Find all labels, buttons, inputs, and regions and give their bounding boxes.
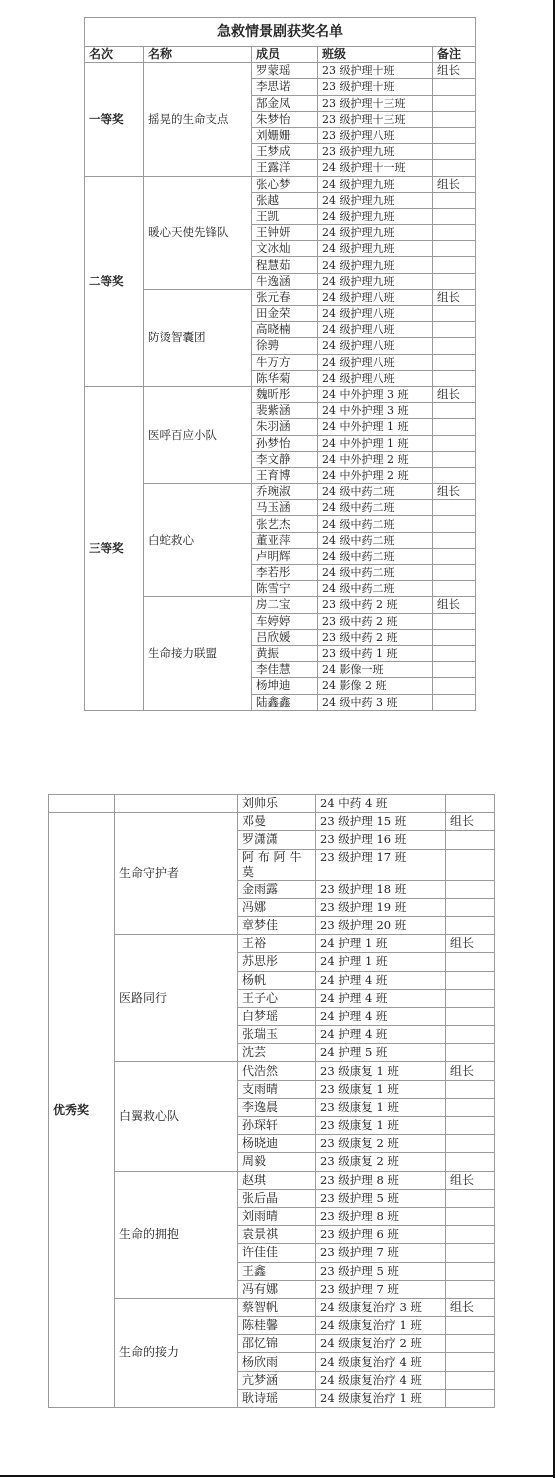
member-class: 24 中外护理 1 班 [318,435,433,451]
team-name: 生命接力联盟 [144,597,252,710]
member-class: 24 级中药二班 [318,516,433,532]
team-name: 生命守护者 [115,813,238,935]
member-name: 冯有娜 [238,1280,316,1298]
member-class: 24 级中药二班 [318,565,433,581]
prize-rank: 优秀奖 [49,813,115,1408]
team-name: 医路同行 [115,935,238,1062]
member-note [433,208,476,224]
member-note [446,1226,495,1244]
member-class: 23 级护理九班 [318,144,433,160]
member-name: 郜金凤 [252,95,318,111]
member-class: 24 级护理八班 [318,354,433,370]
member-class: 23 级护理 18 班 [316,880,446,898]
member-class: 24 护理 4 班 [316,1026,446,1044]
member-class: 24 级康复治疗 1 班 [316,1389,446,1407]
member-note [446,1371,495,1389]
member-class: 24 护理 4 班 [316,971,446,989]
member-name: 孙琛轩 [238,1117,316,1135]
member-note [433,645,476,661]
member-class: 24 护理 5 班 [316,1044,446,1062]
member-class: 24 级护理八班 [318,306,433,322]
member-name: 邓曼 [238,813,316,831]
member-name: 代浩然 [238,1062,316,1080]
member-class: 23 级护理 5 班 [316,1189,446,1207]
member-name: 阿 布 阿 牛 莫 [238,849,316,880]
member-note [446,916,495,934]
member-name: 沈芸 [238,1044,316,1062]
member-name: 张后晶 [238,1189,316,1207]
member-class: 23 级护理十班 [318,63,433,79]
member-class: 23 级护理 15 班 [316,813,446,831]
member-class: 24 级护理九班 [318,225,433,241]
member-note [446,1207,495,1225]
member-class: 24 级中药二班 [318,484,433,500]
team-name: 生命的拥抱 [115,1171,238,1298]
member-class: 24 级中药二班 [318,548,433,564]
member-note [446,898,495,916]
member-name: 张越 [252,192,318,208]
member-class: 24 级中药二班 [318,532,433,548]
header-member: 成员 [252,47,318,63]
member-name: 周毅 [238,1153,316,1171]
member-class: 24 中外护理 2 班 [318,451,433,467]
header-class: 班级 [318,47,433,63]
member-note [446,1353,495,1371]
member-class: 23 级护理十班 [318,79,433,95]
member-note [433,403,476,419]
table-row: 白蛇救心乔琬淑24 级中药二班组长 [85,484,476,500]
member-class: 24 级护理九班 [318,241,433,257]
member-note [433,435,476,451]
member-class: 24 级中药二班 [318,581,433,597]
award-table-main: 急救情景剧获奖名单 名次 名称 成员 班级 备注 一等奖摇晃的生命支点罗蒙瑶23… [84,17,476,711]
member-note [433,694,476,710]
member-name: 白梦瑶 [238,1007,316,1025]
member-class: 24 影像 2 班 [318,678,433,694]
member-name: 文冰灿 [252,241,318,257]
member-name: 刘姗姗 [252,127,318,143]
member-name: 李文静 [252,451,318,467]
member-class: 23 级护理 8 班 [316,1207,446,1225]
member-note [433,500,476,516]
member-note [433,257,476,273]
member-name: 李佳慧 [252,662,318,678]
member-class: 24 级护理八班 [318,289,433,305]
member-name: 陆鑫鑫 [252,694,318,710]
member-name: 杨欣雨 [238,1353,316,1371]
table-row: 二等奖暖心天使先锋队张心梦24 级护理九班组长 [85,176,476,192]
member-name: 袁景祺 [238,1226,316,1244]
table-row: 生命的接力蔡智帆24 级康复治疗 3 班组长 [49,1298,495,1316]
member-note [446,1080,495,1098]
member-name: 黄振 [252,645,318,661]
member-name: 朱羽涵 [252,419,318,435]
rank-cell-empty [49,795,115,813]
table-row: 防烫智囊团张元春24 级护理八班组长 [85,289,476,305]
member-name: 魏昕彤 [252,386,318,402]
table-row: 优秀奖生命守护者邓曼23 级护理 15 班组长 [49,813,495,831]
member-note [433,662,476,678]
team-name: 生命的接力 [115,1298,238,1407]
member-note [446,1153,495,1171]
member-note [433,548,476,564]
member-class: 24 中外护理 3 班 [318,386,433,402]
member-name: 张瑞玉 [238,1026,316,1044]
table-row: 一等奖摇晃的生命支点罗蒙瑶23 级护理十班组长 [85,63,476,79]
member-note [446,1280,495,1298]
member-name: 车婷婷 [252,613,318,629]
member-note [446,1262,495,1280]
member-name: 马玉涵 [252,500,318,516]
member-name: 田金荣 [252,306,318,322]
member-name: 苏思彤 [238,953,316,971]
member-class: 24 中外护理 3 班 [318,403,433,419]
member-name: 耿诗瑶 [238,1389,316,1407]
member-class: 23 级护理 7 班 [316,1280,446,1298]
member-name: 张心梦 [252,176,318,192]
member-note: 组长 [433,63,476,79]
member-class: 23 级中药 2 班 [318,613,433,629]
member-class: 24 中外护理 1 班 [318,419,433,435]
member-note [433,532,476,548]
member-note [446,1335,495,1353]
team-name: 白蛇救心 [144,484,252,597]
member-name: 张艺杰 [252,516,318,532]
member-name: 蔡智帆 [238,1298,316,1316]
member-name: 高晓楠 [252,322,318,338]
member-note: 组长 [446,1298,495,1316]
table-row: 生命接力联盟房二宝23 级中药 2 班组长 [85,597,476,613]
member-name: 程慧茹 [252,257,318,273]
member-class: 23 级康复 1 班 [316,1098,446,1116]
member-class: 24 级护理九班 [318,192,433,208]
member-class: 24 级护理八班 [318,338,433,354]
member-name: 陈桂馨 [238,1317,316,1335]
member-class: 24 级护理九班 [318,176,433,192]
member-class: 23 级护理 7 班 [316,1244,446,1262]
member-name: 王凯 [252,208,318,224]
member-class: 24 级护理九班 [318,257,433,273]
member-name: 陈华菊 [252,370,318,386]
member-note [446,1098,495,1116]
member-name: 卢明辉 [252,548,318,564]
member-class: 23 级护理 6 班 [316,1226,446,1244]
page-edge-bottom [0,1475,555,1477]
member-note [433,144,476,160]
member-class: 24 中药 4 班 [316,795,446,813]
member-note [446,989,495,1007]
member-name: 王钟妍 [252,225,318,241]
member-name: 金雨露 [238,880,316,898]
member-class: 24 级护理八班 [318,322,433,338]
member-class: 24 级护理十一班 [318,160,433,176]
member-note: 组长 [433,484,476,500]
member-class: 23 级康复 2 班 [316,1153,446,1171]
member-name: 杨坤迪 [252,678,318,694]
member-class: 23 级护理 16 班 [316,831,446,849]
member-note [446,1007,495,1025]
team-name: 白翼救心队 [115,1062,238,1171]
member-name: 陈雪宁 [252,581,318,597]
member-name: 王梦成 [252,144,318,160]
member-name: 刘雨晴 [238,1207,316,1225]
member-note [433,306,476,322]
member-name: 王育博 [252,467,318,483]
member-class: 24 护理 1 班 [316,953,446,971]
member-class: 23 级护理 20 班 [316,916,446,934]
member-note [433,613,476,629]
team-name: 防烫智囊团 [144,289,252,386]
member-class: 24 级中药二班 [318,500,433,516]
table-row: 生命的拥抱赵琪23 级护理 8 班组长 [49,1171,495,1189]
member-class: 24 中外护理 2 班 [318,467,433,483]
member-name: 李逸晨 [238,1098,316,1116]
member-note [446,795,495,813]
team-name: 暖心天使先锋队 [144,176,252,289]
member-note: 组长 [433,386,476,402]
member-name: 牛万方 [252,354,318,370]
member-note [446,1189,495,1207]
member-name: 刘帅乐 [238,795,316,813]
member-name: 李思诺 [252,79,318,95]
member-note [433,338,476,354]
member-note [433,678,476,694]
member-note [446,1244,495,1262]
member-class: 24 级康复治疗 2 班 [316,1335,446,1353]
member-note [433,322,476,338]
member-note [433,160,476,176]
member-name: 邵忆锦 [238,1335,316,1353]
member-name: 支雨晴 [238,1080,316,1098]
member-class: 23 级康复 2 班 [316,1135,446,1153]
member-class: 23 级康复 1 班 [316,1080,446,1098]
member-class: 24 护理 1 班 [316,935,446,953]
member-note [446,971,495,989]
member-class: 24 护理 4 班 [316,989,446,1007]
member-note: 组长 [446,1062,495,1080]
header-rank: 名次 [85,47,144,63]
member-name: 杨帆 [238,971,316,989]
member-class: 23 级护理 8 班 [316,1171,446,1189]
member-note [446,1317,495,1335]
member-note [433,192,476,208]
member-note [446,1389,495,1407]
award-table-continued: 刘帅乐 24 中药 4 班 优秀奖生命守护者邓曼23 级护理 15 班组长罗潇潇… [48,794,495,1408]
member-name: 牛逸涵 [252,273,318,289]
member-note: 组长 [433,289,476,305]
member-name: 王露洋 [252,160,318,176]
member-note [446,1044,495,1062]
member-name: 王子心 [238,989,316,1007]
member-note [433,225,476,241]
member-class: 23 级护理 5 班 [316,1262,446,1280]
member-note [433,273,476,289]
member-note [433,354,476,370]
member-name: 罗蒙瑶 [252,63,318,79]
member-note [433,419,476,435]
member-class: 23 级中药 2 班 [318,629,433,645]
member-note [433,370,476,386]
member-class: 24 级中药 3 班 [318,694,433,710]
member-name: 李若彤 [252,565,318,581]
member-class: 23 级中药 1 班 [318,645,433,661]
prize-rank: 三等奖 [85,386,144,710]
member-name: 裴紫涵 [252,403,318,419]
member-class: 23 级护理十三班 [318,111,433,127]
member-name: 孙梦怡 [252,435,318,451]
member-class: 24 影像一班 [318,662,433,678]
member-class: 23 级护理八班 [318,127,433,143]
member-note [433,95,476,111]
member-note: 组长 [433,597,476,613]
member-note [433,581,476,597]
member-class: 23 级护理 19 班 [316,898,446,916]
member-note [433,565,476,581]
member-class: 24 级护理九班 [318,273,433,289]
member-note: 组长 [433,176,476,192]
prize-rank: 一等奖 [85,63,144,176]
member-class: 24 护理 4 班 [316,1007,446,1025]
member-note [433,516,476,532]
member-note [433,127,476,143]
header-row: 名次 名称 成员 班级 备注 [85,47,476,63]
member-class: 23 级护理十三班 [318,95,433,111]
member-name: 王裕 [238,935,316,953]
member-name: 许佳佳 [238,1244,316,1262]
member-name: 章梦佳 [238,916,316,934]
team-name: 摇晃的生命支点 [144,63,252,176]
member-note: 组长 [446,1171,495,1189]
header-team: 名称 [144,47,252,63]
member-note [446,1026,495,1044]
member-note [446,831,495,849]
member-class: 24 级康复治疗 3 班 [316,1298,446,1316]
member-name: 乔琬淑 [252,484,318,500]
member-name: 朱梦怡 [252,111,318,127]
member-name: 亢梦涵 [238,1371,316,1389]
member-name: 张元春 [252,289,318,305]
member-note [433,241,476,257]
team-cell-empty [115,795,238,813]
team-name: 医呼百应小队 [144,386,252,483]
member-note [446,1117,495,1135]
member-name: 冯娜 [238,898,316,916]
header-note: 备注 [433,47,476,63]
member-name: 吕欣媛 [252,629,318,645]
table-row: 医路同行王裕24 护理 1 班组长 [49,935,495,953]
member-class: 24 级康复治疗 1 班 [316,1317,446,1335]
member-name: 罗潇潇 [238,831,316,849]
table-row: 三等奖医呼百应小队魏昕彤24 中外护理 3 班组长 [85,386,476,402]
member-name: 房二宝 [252,597,318,613]
member-name: 赵琪 [238,1171,316,1189]
member-class: 23 级康复 1 班 [316,1062,446,1080]
table-row: 白翼救心队代浩然23 级康复 1 班组长 [49,1062,495,1080]
member-name: 董亚萍 [252,532,318,548]
member-class: 24 级康复治疗 4 班 [316,1353,446,1371]
member-name: 杨晓迪 [238,1135,316,1153]
member-note [433,111,476,127]
member-note [446,953,495,971]
member-note [433,451,476,467]
member-note [446,849,495,880]
member-note [433,629,476,645]
member-name: 王鑫 [238,1262,316,1280]
member-note: 组长 [446,813,495,831]
table-row: 刘帅乐 24 中药 4 班 [49,795,495,813]
member-note [446,880,495,898]
member-name: 徐骋 [252,338,318,354]
member-class: 23 级中药 2 班 [318,597,433,613]
prize-rank: 二等奖 [85,176,144,386]
member-note [433,79,476,95]
member-class: 24 级康复治疗 4 班 [316,1371,446,1389]
member-note: 组长 [446,935,495,953]
member-note [433,467,476,483]
table-title: 急救情景剧获奖名单 [85,18,476,47]
member-class: 23 级康复 1 班 [316,1117,446,1135]
member-note [446,1135,495,1153]
member-class: 24 级护理八班 [318,370,433,386]
member-class: 24 级护理九班 [318,208,433,224]
member-class: 23 级护理 17 班 [316,849,446,880]
